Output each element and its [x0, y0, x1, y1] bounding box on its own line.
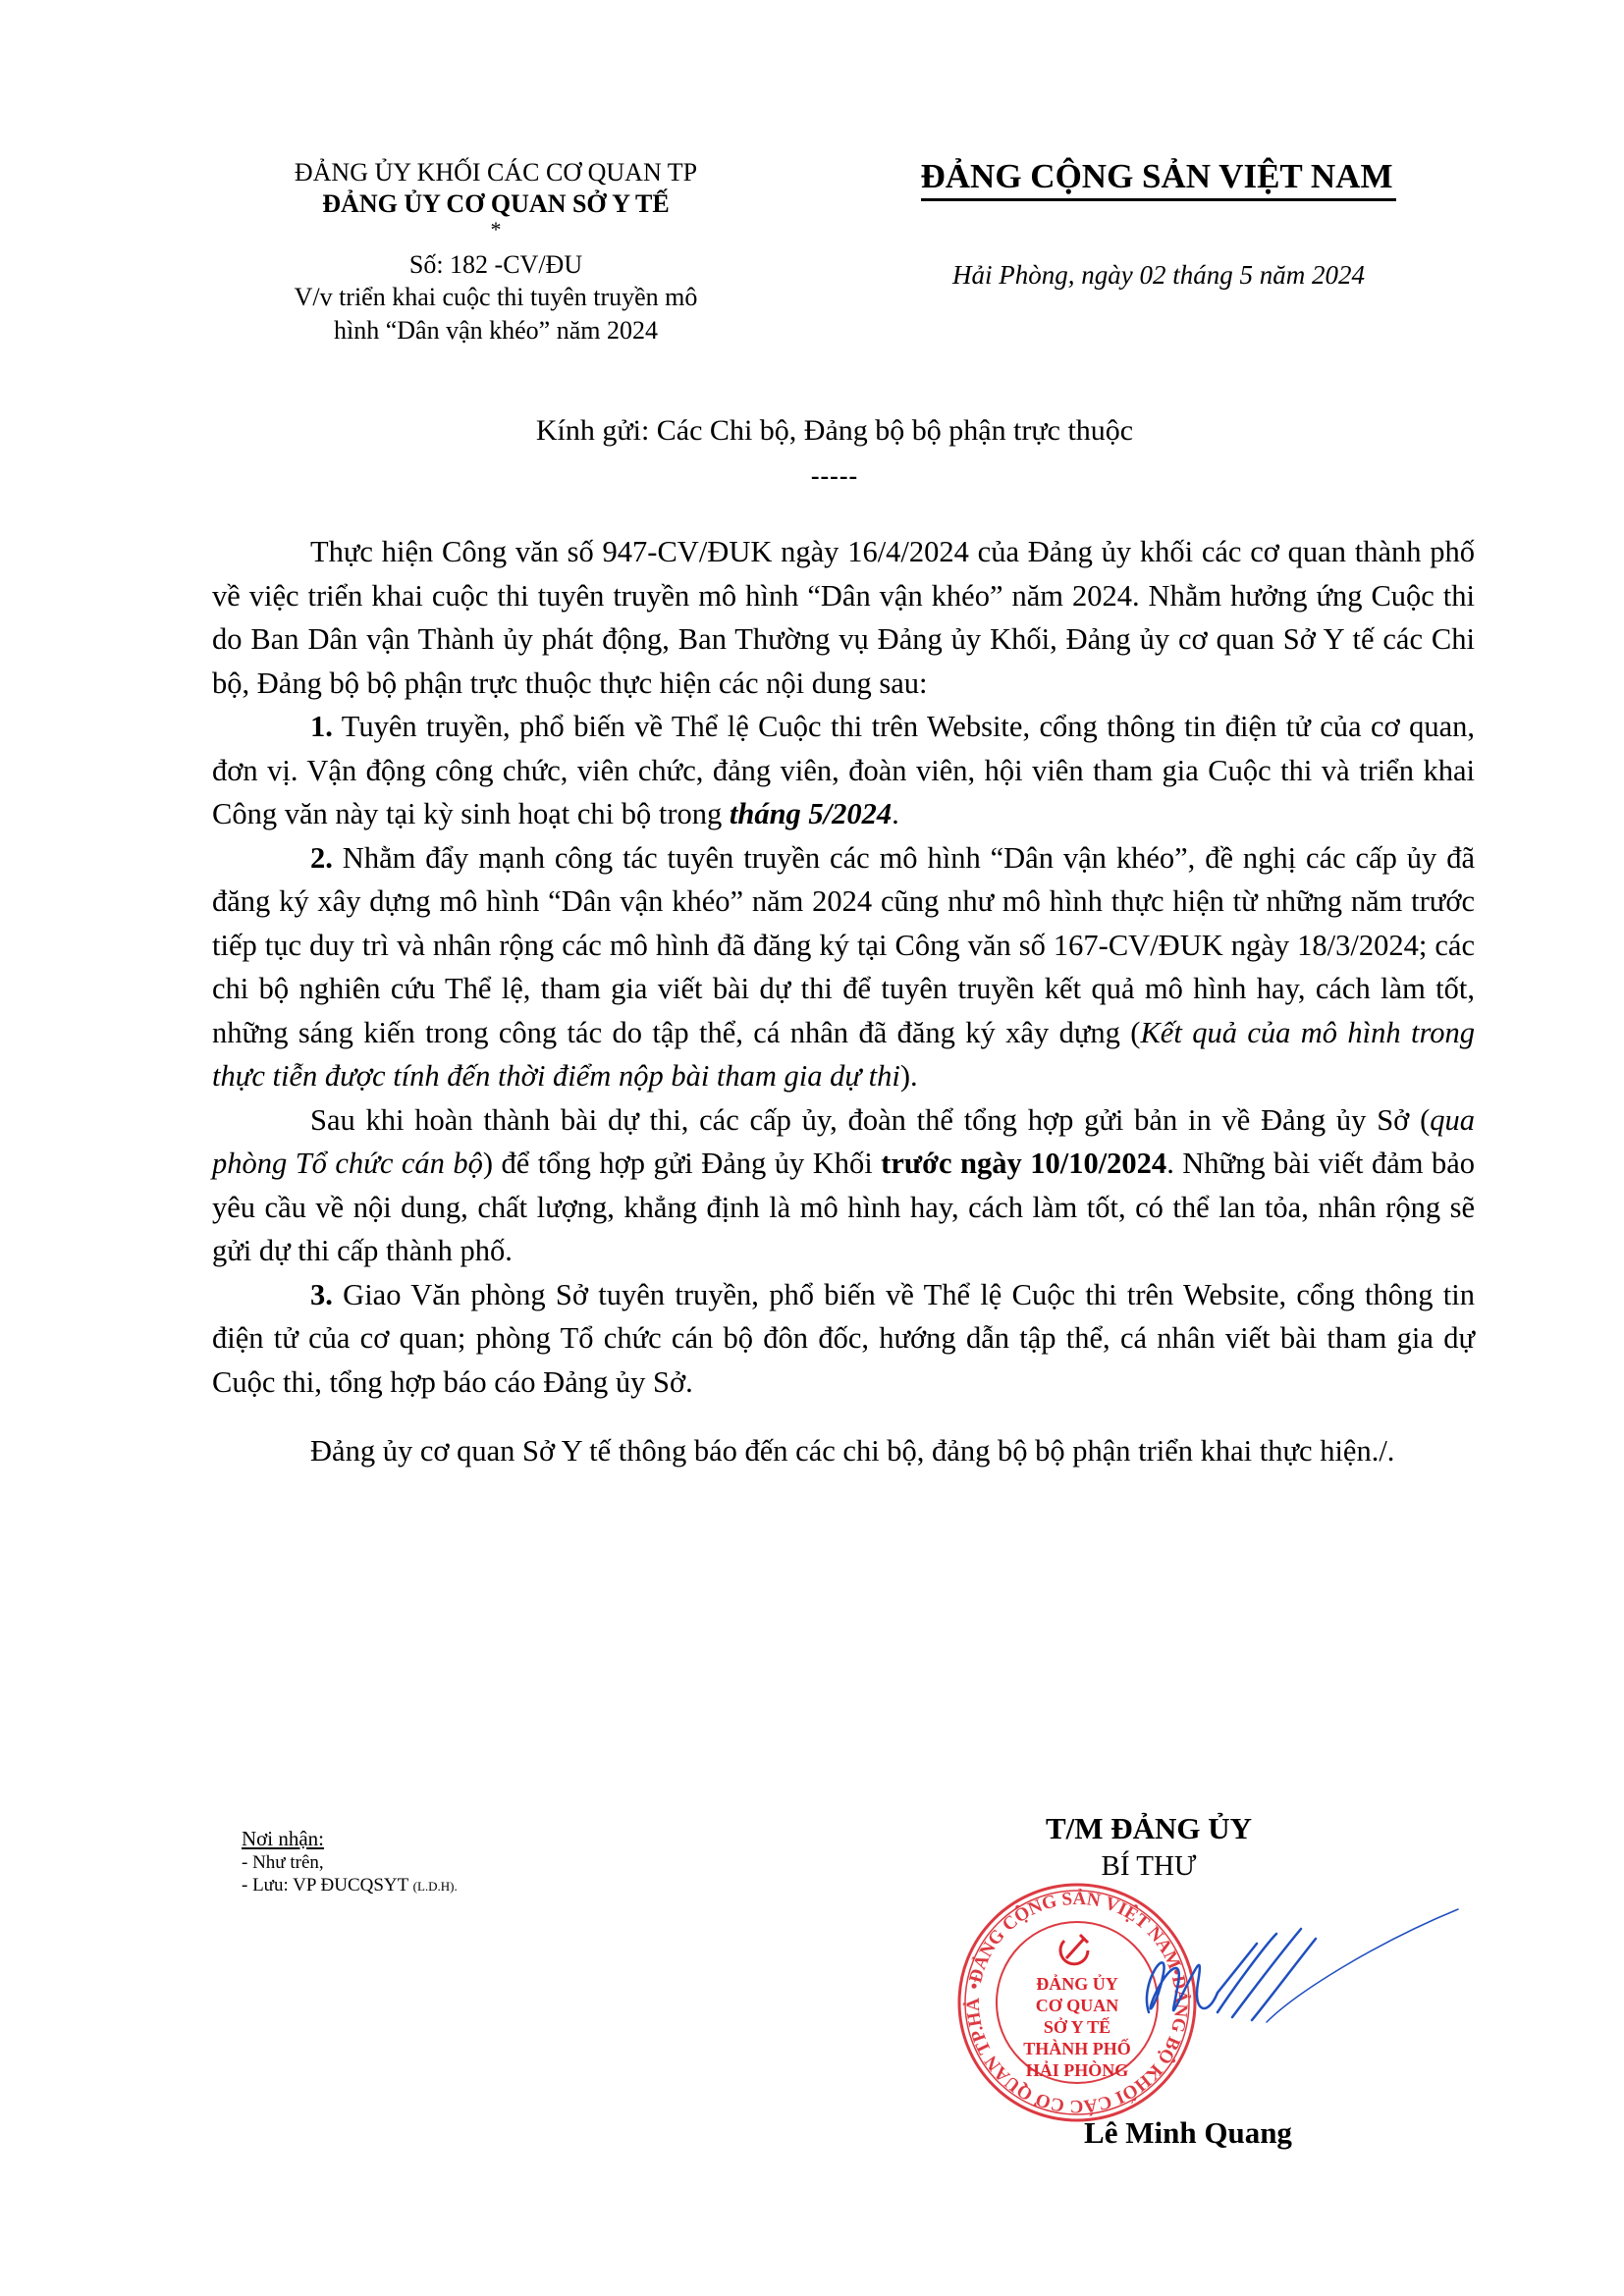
recipient-item: - Như trên, [242, 1851, 458, 1874]
archive-initials: (L.D.H). [413, 1879, 458, 1894]
item-1-end: . [892, 797, 899, 830]
parent-organization: ĐẢNG ỦY KHỐI CÁC CƠ QUAN TP [201, 157, 790, 188]
separator-dashes: ----- [196, 461, 1473, 491]
submission-deadline: trước ngày 10/10/2024 [881, 1147, 1166, 1180]
national-header-block: ĐẢNG CỘNG SẢN VIỆT NAM Hải Phòng, ngày 0… [844, 155, 1473, 291]
item-2-paragraph: 2. Nhằm đẩy mạnh công tác tuyên truyền c… [212, 836, 1475, 1098]
item-2-end: ). [900, 1059, 918, 1093]
star-separator: * [201, 220, 790, 240]
stamp-inner-line: ĐẢNG ỦY [1036, 1973, 1118, 1994]
closing-paragraph: Đảng ủy cơ quan Sở Y tế thông báo đến cá… [212, 1429, 1475, 1473]
document-number: Số: 182 -CV/ĐU [201, 249, 790, 281]
stamp-inner-line: HẢI PHÒNG [1026, 2059, 1129, 2080]
item-1-deadline: tháng 5/2024 [730, 797, 892, 830]
item-2-number: 2. [310, 841, 333, 875]
item-1-paragraph: 1. Tuyên truyền, phổ biến về Thể lệ Cuộc… [212, 705, 1475, 836]
party-title: ĐẢNG CỘNG SẢN VIỆT NAM [921, 155, 1397, 201]
organization-name: ĐẢNG ỦY CƠ QUAN SỞ Y TẾ [201, 188, 790, 220]
document-body: Thực hiện Công văn số 947-CV/ĐUK ngày 16… [212, 530, 1475, 1473]
document-subject-line-1: V/v triển khai cuộc thi tuyên truyền mô [201, 281, 790, 314]
signer-role: T/M ĐẢNG ỦY [943, 1811, 1355, 1846]
intro-paragraph: Thực hiện Công văn số 947-CV/ĐUK ngày 16… [212, 530, 1475, 705]
recipient-line: Kính gửi: Các Chi bộ, Đảng bộ bộ phận tr… [196, 414, 1473, 448]
place-and-date: Hải Phòng, ngày 02 tháng 5 năm 2024 [844, 260, 1473, 291]
recipients-list: Nơi nhận: - Như trên, - Lưu: VP ĐUCQSYT … [242, 1826, 458, 1897]
stamp-inner-line: THÀNH PHỐ [1023, 2038, 1131, 2058]
document-subject-line-2: hình “Dân vận khéo” năm 2024 [201, 314, 790, 347]
item-3-text: Giao Văn phòng Sở tuyên truyền, phổ biến… [212, 1278, 1475, 1399]
issuing-organization-block: ĐẢNG ỦY KHỐI CÁC CƠ QUAN TP ĐẢNG ỦY CƠ Q… [201, 157, 790, 347]
recipient-item: - Lưu: VP ĐUCQSYT (L.D.H). [242, 1874, 458, 1897]
signer-title: BÍ THƯ [943, 1850, 1355, 1883]
hammer-sickle-icon [1060, 1935, 1088, 1964]
submission-text-b: ) để tổng hợp gửi Đảng ủy Khối [483, 1147, 881, 1180]
signer-name: Lê Minh Quang [943, 2115, 1434, 2151]
stamp-inner-line: SỞ Y TẾ [1044, 2016, 1110, 2037]
handwritten-signature [1129, 1904, 1463, 2052]
item-3-number: 3. [310, 1278, 333, 1311]
recipients-title: Nơi nhận: [242, 1826, 458, 1851]
signature-block: T/M ĐẢNG ỦY BÍ THƯ •ĐẢNG CỘNG SẢN VIỆT N… [943, 1811, 1473, 2184]
submission-text-a: Sau khi hoàn thành bài dự thi, các cấp ủ… [310, 1103, 1430, 1137]
item-1-number: 1. [310, 710, 333, 743]
item-3-paragraph: 3. Giao Văn phòng Sở tuyên truyền, phổ b… [212, 1273, 1475, 1405]
submission-paragraph: Sau khi hoàn thành bài dự thi, các cấp ủ… [212, 1098, 1475, 1273]
stamp-inner-line: CƠ QUAN [1036, 1996, 1119, 2015]
archive-label: - Lưu: VP ĐUCQSYT [242, 1875, 408, 1896]
